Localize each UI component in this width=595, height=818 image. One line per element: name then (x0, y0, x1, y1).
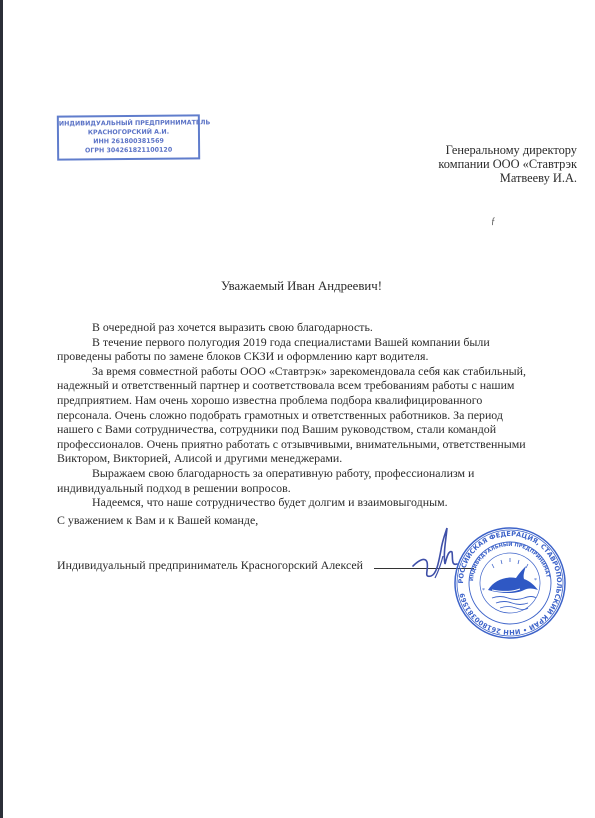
page-edge (0, 0, 3, 818)
letter-body: В очередной раз хочется выразить свою бл… (57, 320, 557, 510)
body-line: За время совместной работы ООО «Ставтрэк… (57, 364, 557, 379)
body-line: профессионалов. Очень приятно работать с… (57, 437, 557, 452)
svg-text:*: * (534, 578, 537, 584)
body-line: Виктором, Викторией, Алисой и другими ме… (57, 451, 557, 466)
body-line: предприятием. Нам очень хорошо известна … (57, 393, 557, 408)
body-line: Надеемся, что наше сотрудничество будет … (57, 495, 557, 510)
body-line: В течение первого полугодия 2019 года сп… (57, 335, 557, 350)
body-line: нашего с Вами сотрудничества, сотрудники… (57, 422, 557, 437)
svg-text:*: * (482, 588, 485, 594)
salutation: Уважаемый Иван Андреевич! (0, 279, 595, 294)
stamp-line: ОГРН 304261821100120 (59, 145, 198, 155)
addressee-line: компании ООО «Ставтрэк (377, 157, 577, 171)
body-line: надежный и ответственный партнер и соотв… (57, 378, 557, 393)
rectangular-stamp: ИНДИВИДУАЛЬНЫЙ ПРЕДПРИНИМАТЕЛЬ КРАСНОГОР… (57, 114, 200, 160)
salutation-text: Уважаемый Иван Андреевич! (221, 279, 382, 293)
body-line: проведены работы по замене блоков СКЗИ и… (57, 349, 557, 364)
body-line: индивидуальный подход в решении вопросов… (57, 481, 557, 496)
closing: С уважением к Вам и к Вашей команде, (57, 513, 258, 528)
body-line: В очередной раз хочется выразить свою бл… (57, 320, 557, 335)
addressee-block: Генеральному директору компании ООО «Ста… (377, 143, 577, 185)
dolphin-icon: * * (482, 558, 538, 610)
body-line: Выражаем свою благодарность за оперативн… (57, 466, 557, 481)
addressee-line: Генеральному директору (377, 143, 577, 157)
body-line: персонала. Очень сложно подобрать грамот… (57, 408, 557, 423)
handwritten-mark: ƒ (491, 216, 496, 226)
round-stamp: РОССИЙСКАЯ ФЕДЕРАЦИЯ, СТАВРОПОЛЬСКИЙ КРА… (452, 524, 568, 642)
addressee-line: Матвееву И.А. (377, 171, 577, 185)
signer-name: Индивидуальный предприниматель Красногор… (57, 558, 363, 573)
